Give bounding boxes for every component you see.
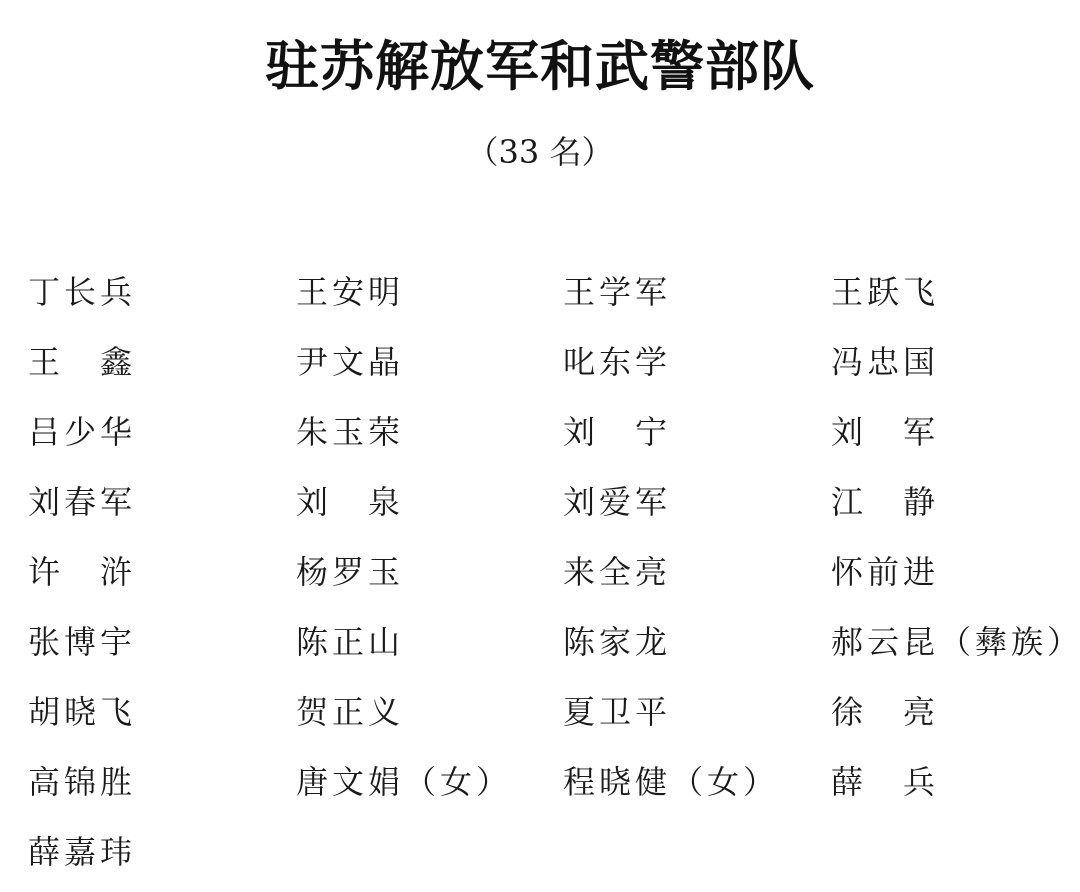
list-item: 怀前进	[831, 550, 1080, 620]
list-item: 唐文娟（女）	[296, 760, 563, 830]
list-item: 许 浒	[28, 550, 296, 620]
list-item: 高锦胜	[28, 760, 296, 830]
list-item: 刘 军	[831, 410, 1080, 480]
list-item: 薛嘉玮	[28, 830, 296, 892]
list-item: 胡晓飞	[28, 690, 296, 760]
list-item: 贺正义	[296, 690, 563, 760]
list-item: 张博宇	[28, 620, 296, 690]
list-item: 郝云昆（彝族）	[831, 620, 1080, 690]
list-item: 王学军	[563, 270, 831, 340]
list-item: 陈正山	[296, 620, 563, 690]
list-item: 冯忠国	[831, 340, 1080, 410]
list-item: 陈家龙	[563, 620, 831, 690]
list-item: 丁长兵	[28, 270, 296, 340]
list-item: 王跃飞	[831, 270, 1080, 340]
list-item: 叱东学	[563, 340, 831, 410]
list-item: 刘 泉	[296, 480, 563, 550]
list-item: 杨罗玉	[296, 550, 563, 620]
list-item: 王 鑫	[28, 340, 296, 410]
list-item: 朱玉荣	[296, 410, 563, 480]
list-item: 江 静	[831, 480, 1080, 550]
list-item: 程晓健（女）	[563, 760, 831, 830]
list-item: 来全亮	[563, 550, 831, 620]
list-item: 刘 宁	[563, 410, 831, 480]
list-item: 夏卫平	[563, 690, 831, 760]
names-list: 丁长兵 王安明 王学军 王跃飞 王 鑫 尹文晶 叱东学 冯忠国 吕少华 朱玉荣 …	[28, 270, 1080, 892]
list-item: 刘爱军	[563, 480, 831, 550]
list-item: 吕少华	[28, 410, 296, 480]
list-item: 徐 亮	[831, 690, 1080, 760]
list-item: 刘春军	[28, 480, 296, 550]
page-title: 驻苏解放军和武警部队	[0, 30, 1080, 102]
list-item: 王安明	[296, 270, 563, 340]
member-count: （33 名）	[0, 130, 1080, 174]
list-item: 薛 兵	[831, 760, 1080, 830]
list-item: 尹文晶	[296, 340, 563, 410]
